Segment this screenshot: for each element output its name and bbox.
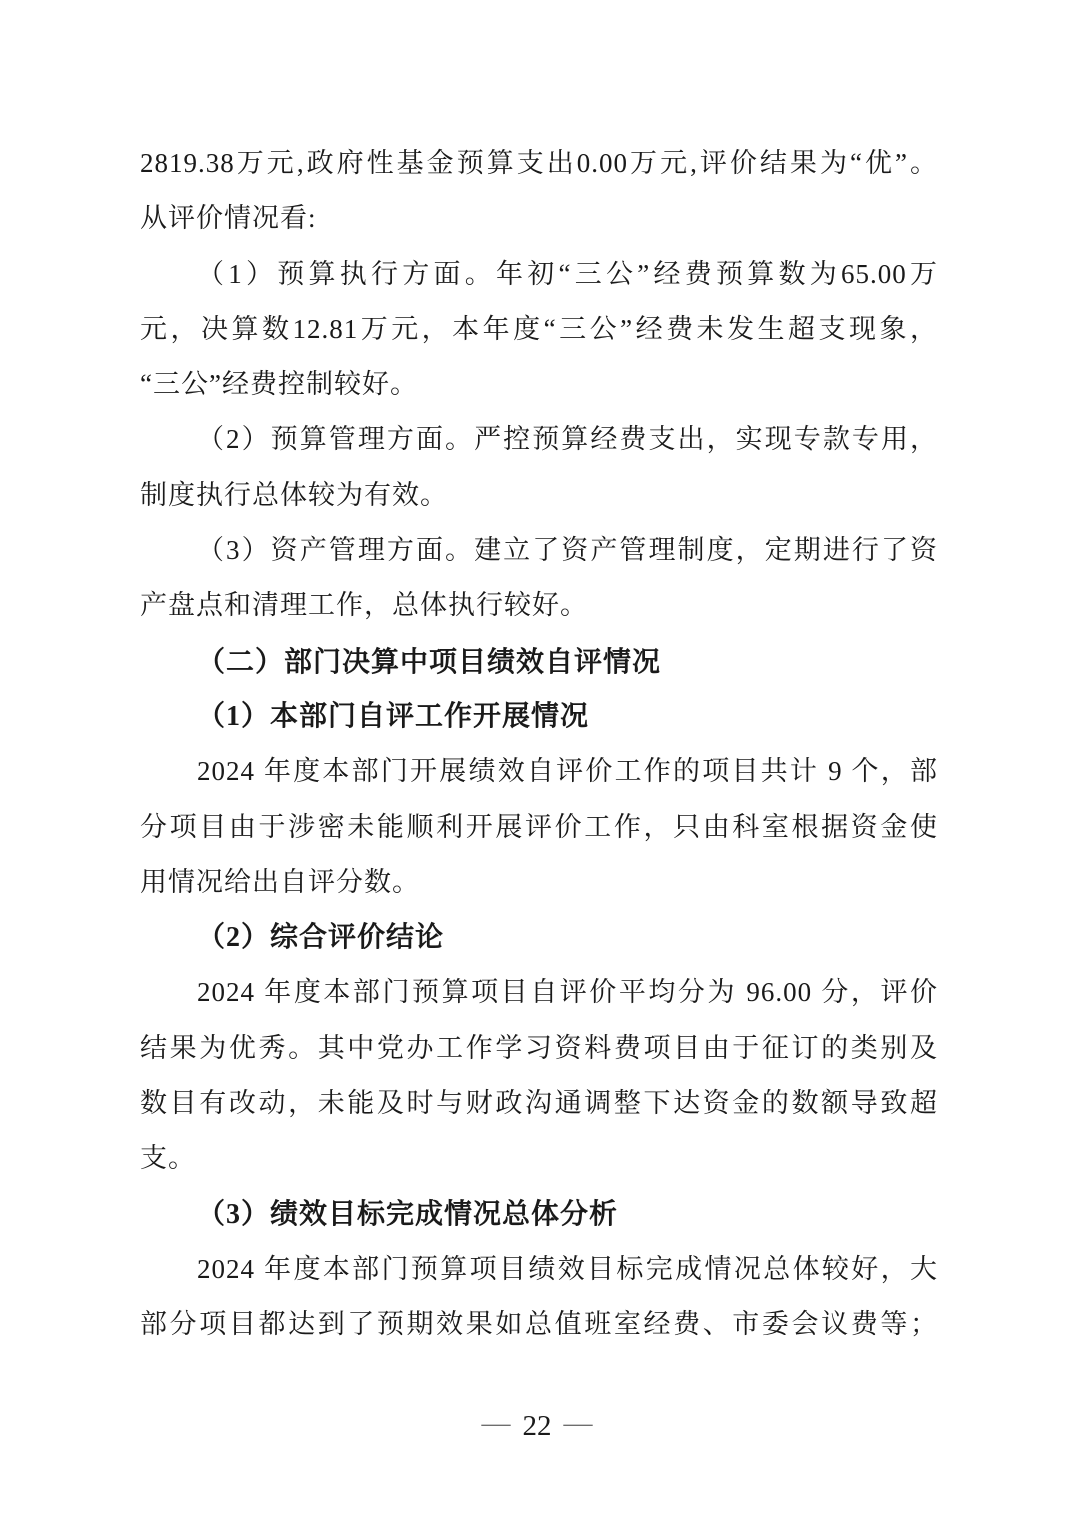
text-line: 元，决算数12.81万元，本年度“三公”经费未发生超支现象， [140,302,938,357]
section-heading: （二）部门决算中项目绩效自评情况 [140,634,938,689]
text-line: 2024 年度本部门预算项目自评价平均分为 96.00 分，评价 [140,965,938,1020]
text-line: 制度执行总体较为有效。 [140,468,938,523]
page-number: 22 [523,1410,552,1442]
text-line: 部分项目都达到了预期效果如总值班室经费、市委会议费等； [140,1297,938,1352]
text-line: 结果为优秀。其中党办工作学习资料费项目由于征订的类别及 [140,1021,938,1076]
text-line: （2）预算管理方面。严控预算经费支出，实现专款专用， [140,412,938,467]
text-line: 用情况给出自评分数。 [140,855,938,910]
footer-dash-right: — [564,1407,593,1439]
text-line: 2024 年度本部门开展绩效自评价工作的项目共计 9 个，部 [140,744,938,799]
text-line: 支。 [140,1131,938,1186]
text-line: 2024 年度本部门预算项目绩效目标完成情况总体较好，大 [140,1242,938,1297]
content-area: 2819.38万元,政府性基金预算支出0.00万元,评价结果为“优”。 从评价情… [140,136,938,1353]
text-line: （1）预算执行方面。年初“三公”经费预算数为65.00万 [140,247,938,302]
text-line: 数目有改动，未能及时与财政沟通调整下达资金的数额导致超 [140,1076,938,1131]
text-line: （3）资产管理方面。建立了资产管理制度，定期进行了资 [140,523,938,578]
document-page: 2819.38万元,政府性基金预算支出0.00万元,评价结果为“优”。 从评价情… [0,0,1074,1520]
page-footer: —22— [0,1399,1074,1454]
text-line: 产盘点和清理工作，总体执行较好。 [140,578,938,633]
section-heading: （2）综合评价结论 [140,910,938,965]
text-line: 分项目由于涉密未能顺利开展评价工作，只由科室根据资金使 [140,800,938,855]
section-heading: （1）本部门自评工作开展情况 [140,689,938,744]
text-line: “三公”经费控制较好。 [140,357,938,412]
section-heading: （3）绩效目标完成情况总体分析 [140,1187,938,1242]
text-line: 从评价情况看: [140,191,938,246]
footer-dash-left: — [482,1407,511,1439]
text-line: 2819.38万元,政府性基金预算支出0.00万元,评价结果为“优”。 [140,136,938,191]
